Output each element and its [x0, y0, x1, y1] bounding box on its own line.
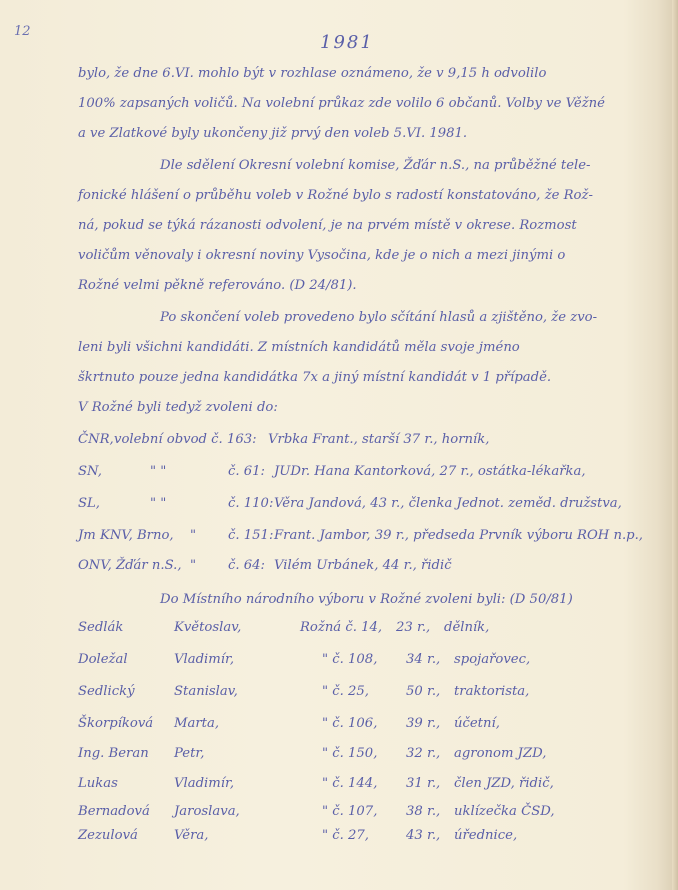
- person: Věra Jandová, 43 r., členka Jednot. země…: [274, 496, 622, 511]
- first-name: Jaroslava,: [174, 804, 240, 819]
- ditto-mark: ": [190, 558, 196, 573]
- surname: Bernadová: [78, 804, 150, 819]
- first-name: Marta,: [174, 716, 219, 731]
- text-line: 100% zapsaných voličů. Na volební průkaz…: [78, 96, 605, 111]
- person: Frant. Jambor, 39 r., předseda Prvník vý…: [274, 528, 643, 543]
- person: Vrbka Frant., starší 37 r., horník,: [268, 432, 489, 447]
- age: 23 r.,: [396, 620, 430, 635]
- age: 39 r.,: [406, 716, 440, 731]
- age: 43 r.,: [406, 828, 440, 843]
- first-name: Vladimír,: [174, 776, 234, 791]
- text-line: leni byli všichni kandidáti. Z místních …: [78, 340, 520, 355]
- text-line: a ve Zlatkové byly ukončeny již prvý den…: [78, 126, 467, 141]
- page-number: 12: [14, 24, 31, 39]
- district: volební obvod č. 163:: [114, 432, 257, 447]
- occupation: agronom JZD,: [454, 746, 546, 761]
- address: " č. 108,: [322, 652, 377, 667]
- first-name: Petr,: [174, 746, 204, 761]
- surname: Sedlák: [78, 620, 123, 635]
- age: 38 r.,: [406, 804, 440, 819]
- text-line: Dle sdělení Okresní volební komise, Žďár…: [160, 158, 591, 173]
- text-line: Po skončení voleb provedeno bylo sčítání…: [160, 310, 597, 325]
- body: Jm KNV, Brno,: [78, 528, 174, 543]
- body: SN,: [78, 464, 102, 479]
- text-line: ná, pokud se týká rázanosti odvolení, je…: [78, 218, 577, 233]
- book-spine: [672, 0, 678, 890]
- ditto-mark: ": [190, 528, 196, 543]
- text-line: Rožné velmi pěkně referováno. (D 24/81).: [78, 278, 357, 293]
- surname: Zezulová: [78, 828, 138, 843]
- address: " č. 25,: [322, 684, 369, 699]
- text-line: V Rožné byli tedyž zvoleni do:: [78, 400, 278, 415]
- address: " č. 150,: [322, 746, 377, 761]
- first-name: Stanislav,: [174, 684, 238, 699]
- age: 31 r.,: [406, 776, 440, 791]
- ditto-mark: " ": [150, 496, 166, 511]
- first-name: Věra,: [174, 828, 208, 843]
- address: " č. 27,: [322, 828, 369, 843]
- occupation: dělník,: [444, 620, 489, 635]
- surname: Doležal: [78, 652, 128, 667]
- occupation: uklízečka ČSD,: [454, 804, 555, 819]
- text-line: voličům věnovaly i okresní noviny Vysoči…: [78, 248, 565, 263]
- text-line: fonické hlášení o průběhu voleb v Rožné …: [78, 188, 593, 203]
- person: Vilém Urbánek, 44 r., řidič: [274, 558, 452, 573]
- district: č. 61:: [228, 464, 265, 479]
- mnv-intro: Do Místního národního výboru v Rožné zvo…: [160, 592, 573, 607]
- surname: Škorpíková: [78, 716, 153, 731]
- first-name: Vladimír,: [174, 652, 234, 667]
- district: č. 151:: [228, 528, 273, 543]
- text-line: bylo, že dne 6.VI. mohlo být v rozhlase …: [78, 66, 546, 81]
- first-name: Květoslav,: [174, 620, 241, 635]
- address: " č. 106,: [322, 716, 377, 731]
- person: JUDr. Hana Kantorková, 27 r., ostátka-lé…: [274, 464, 586, 479]
- ditto-mark: " ": [150, 464, 166, 479]
- age: 50 r.,: [406, 684, 440, 699]
- age: 34 r.,: [406, 652, 440, 667]
- page-year-heading: 1981: [320, 32, 374, 53]
- body: ONV, Žďár n.S.,: [78, 558, 182, 573]
- body: SL,: [78, 496, 100, 511]
- surname: Sedlický: [78, 684, 135, 699]
- body: ČNR,: [78, 432, 114, 447]
- district: č. 110:: [228, 496, 273, 511]
- text-line: škrtnuto pouze jedna kandidátka 7x a jin…: [78, 370, 551, 385]
- occupation: člen JZD, řidič,: [454, 776, 554, 791]
- address: " č. 144,: [322, 776, 377, 791]
- surname: Lukas: [78, 776, 118, 791]
- district: č. 64:: [228, 558, 265, 573]
- address: Rožná č. 14,: [300, 620, 382, 635]
- occupation: úřednice,: [454, 828, 517, 843]
- ledger-page: 12 1981 bylo, že dne 6.VI. mohlo být v r…: [0, 0, 678, 890]
- occupation: spojařovec,: [454, 652, 530, 667]
- surname: Ing. Beran: [78, 746, 149, 761]
- address: " č. 107,: [322, 804, 377, 819]
- occupation: účetní,: [454, 716, 500, 731]
- occupation: traktorista,: [454, 684, 529, 699]
- age: 32 r.,: [406, 746, 440, 761]
